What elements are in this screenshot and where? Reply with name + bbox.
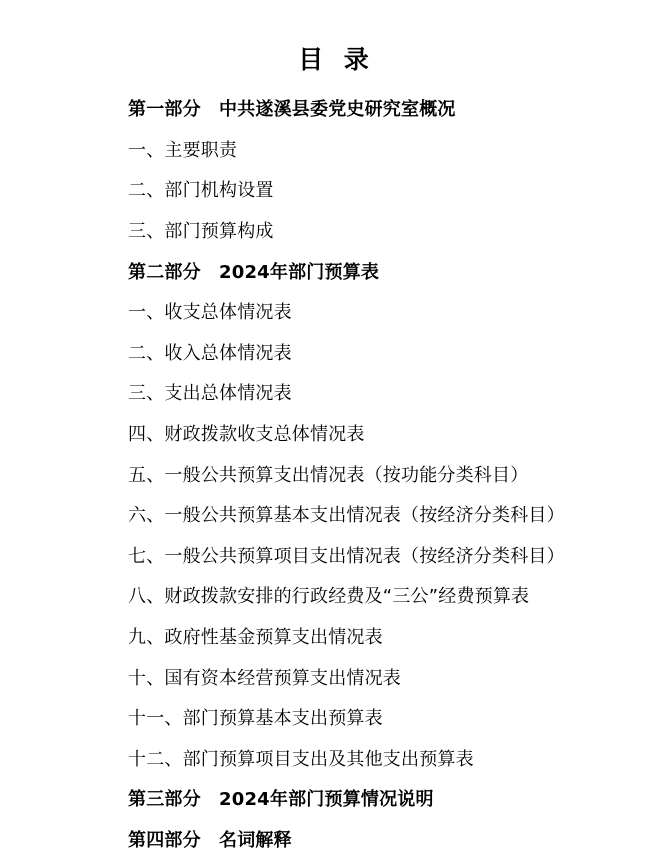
toc-section-heading: 第二部分 2024年部门预算表 (128, 250, 638, 291)
toc-item: 一、主要职责 (128, 129, 638, 170)
toc-item: 十二、部门预算项目支出及其他支出预算表 (128, 738, 638, 779)
toc-section-heading: 第一部分 中共遂溪县委党史研究室概况 (128, 88, 638, 129)
toc-item: 四、财政拨款收支总体情况表 (128, 413, 638, 454)
toc-item: 二、部门机构设置 (128, 169, 638, 210)
toc-item: 十一、部门预算基本支出预算表 (128, 697, 638, 738)
toc-item: 三、支出总体情况表 (128, 372, 638, 413)
toc-section-heading: 第四部分 名词解释 (128, 819, 638, 860)
toc-item: 二、收入总体情况表 (128, 332, 638, 373)
page-title: 目 录 (0, 0, 668, 74)
toc-item: 九、政府性基金预算支出情况表 (128, 616, 638, 657)
toc-item: 一、收支总体情况表 (128, 291, 638, 332)
toc-item: 五、一般公共预算支出情况表（按功能分类科目） (128, 453, 638, 494)
toc-section-heading: 第三部分 2024年部门预算情况说明 (128, 778, 638, 819)
toc-item: 十、国有资本经营预算支出情况表 (128, 656, 638, 697)
toc-list: 第一部分 中共遂溪县委党史研究室概况一、主要职责二、部门机构设置三、部门预算构成… (0, 88, 668, 859)
toc-item: 七、一般公共预算项目支出情况表（按经济分类科目） (128, 535, 638, 576)
toc-item: 六、一般公共预算基本支出情况表（按经济分类科目） (128, 494, 638, 535)
toc-item: 三、部门预算构成 (128, 210, 638, 251)
toc-item: 八、财政拨款安排的行政经费及“三公”经费预算表 (128, 575, 638, 616)
document-page: 目 录 第一部分 中共遂溪县委党史研究室概况一、主要职责二、部门机构设置三、部门… (0, 0, 668, 864)
